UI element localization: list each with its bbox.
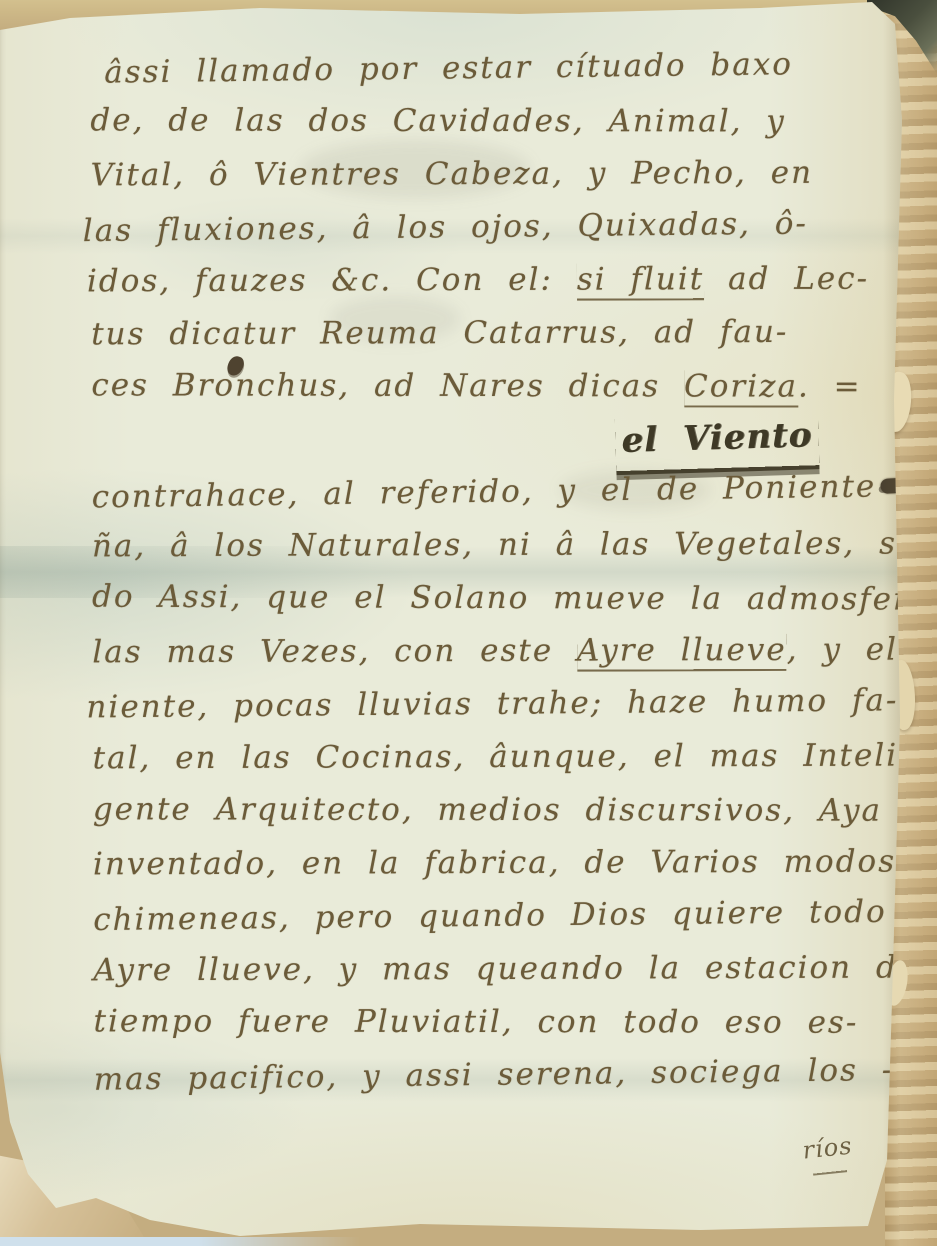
section-heading-line: el Viento [91, 412, 866, 468]
manuscript-line: las fluxiones, â los ojos, Quixadas, ô- [83, 197, 867, 258]
manuscript-line: mas pacifico, y assi serena, sociega los… [93, 1044, 869, 1106]
manuscript-line: Vital, ô Vientres Cabeza, y Pecho, en [91, 147, 866, 203]
manuscript-line: tiempo fuere Pluviatil, con todo eso es- [94, 995, 869, 1049]
catchword: ríos [801, 1131, 855, 1174]
manuscript-line: chimeneas, pero quando Dios quiere todo [93, 886, 869, 947]
underlined-phrase: Coriza [684, 368, 798, 405]
manuscript-line: âssi llamado por estar cítuado baxo [104, 37, 866, 99]
manuscript-scan: âssi llamado por estar cítuado baxo de, … [0, 0, 937, 1246]
line-text: las mas Vezes, con este [92, 633, 577, 671]
manuscript-line: ña, â los Naturales, ni â las Vegetales,… [92, 518, 867, 574]
manuscript-line: tus dicatur Reuma Catarrus, ad fau- [91, 306, 866, 362]
scanner-edge-strip [0, 1237, 360, 1246]
line-text: ces Bronchus, ad Nares dicas [91, 367, 684, 404]
manuscript-line: tal, en las Cocinas, âunque, el mas Inte… [93, 730, 868, 786]
manuscript-leaf: âssi llamado por estar cítuado baxo de, … [0, 0, 937, 1246]
manuscript-line: contrahace, al referido, y el de Ponient… [91, 461, 867, 525]
line-text: contrahace, al referido, y el de Ponient… [92, 468, 877, 515]
manuscript-line: idos, fauzes &c. Con el: si fluit ad Lec… [87, 253, 866, 309]
manuscript-line: niente, pocas lluvias trahe; haze humo f… [86, 675, 867, 735]
manuscript-line: do Assi, que el Solano mueve la admosfer… [92, 571, 867, 627]
manuscript-line: ces Bronchus, ad Nares dicas Coriza. = [91, 359, 866, 413]
manuscript-line: gente Arquitecto, medios discursivos, Ay… [93, 783, 868, 837]
manuscript-line: inventado, en la fabrica, de Varios modo… [93, 836, 868, 892]
line-text: ad Lec- [704, 261, 869, 298]
line-text: idos, fauzes &c. Con el: [87, 262, 577, 300]
handwritten-text-block: âssi llamado por estar cítuado baxo de, … [90, 41, 869, 1104]
manuscript-line: Ayre llueve, y mas queando la estacion d… [93, 942, 868, 998]
line-text: . = [798, 369, 862, 405]
underlined-phrase: si fluit [577, 261, 705, 298]
manuscript-line: las mas Vezes, con este Ayre llueve, y e… [92, 624, 867, 680]
underlined-phrase: Ayre llueve [577, 632, 787, 670]
manuscript-line: de, de las dos Cavidades, Animal, y [90, 94, 865, 148]
